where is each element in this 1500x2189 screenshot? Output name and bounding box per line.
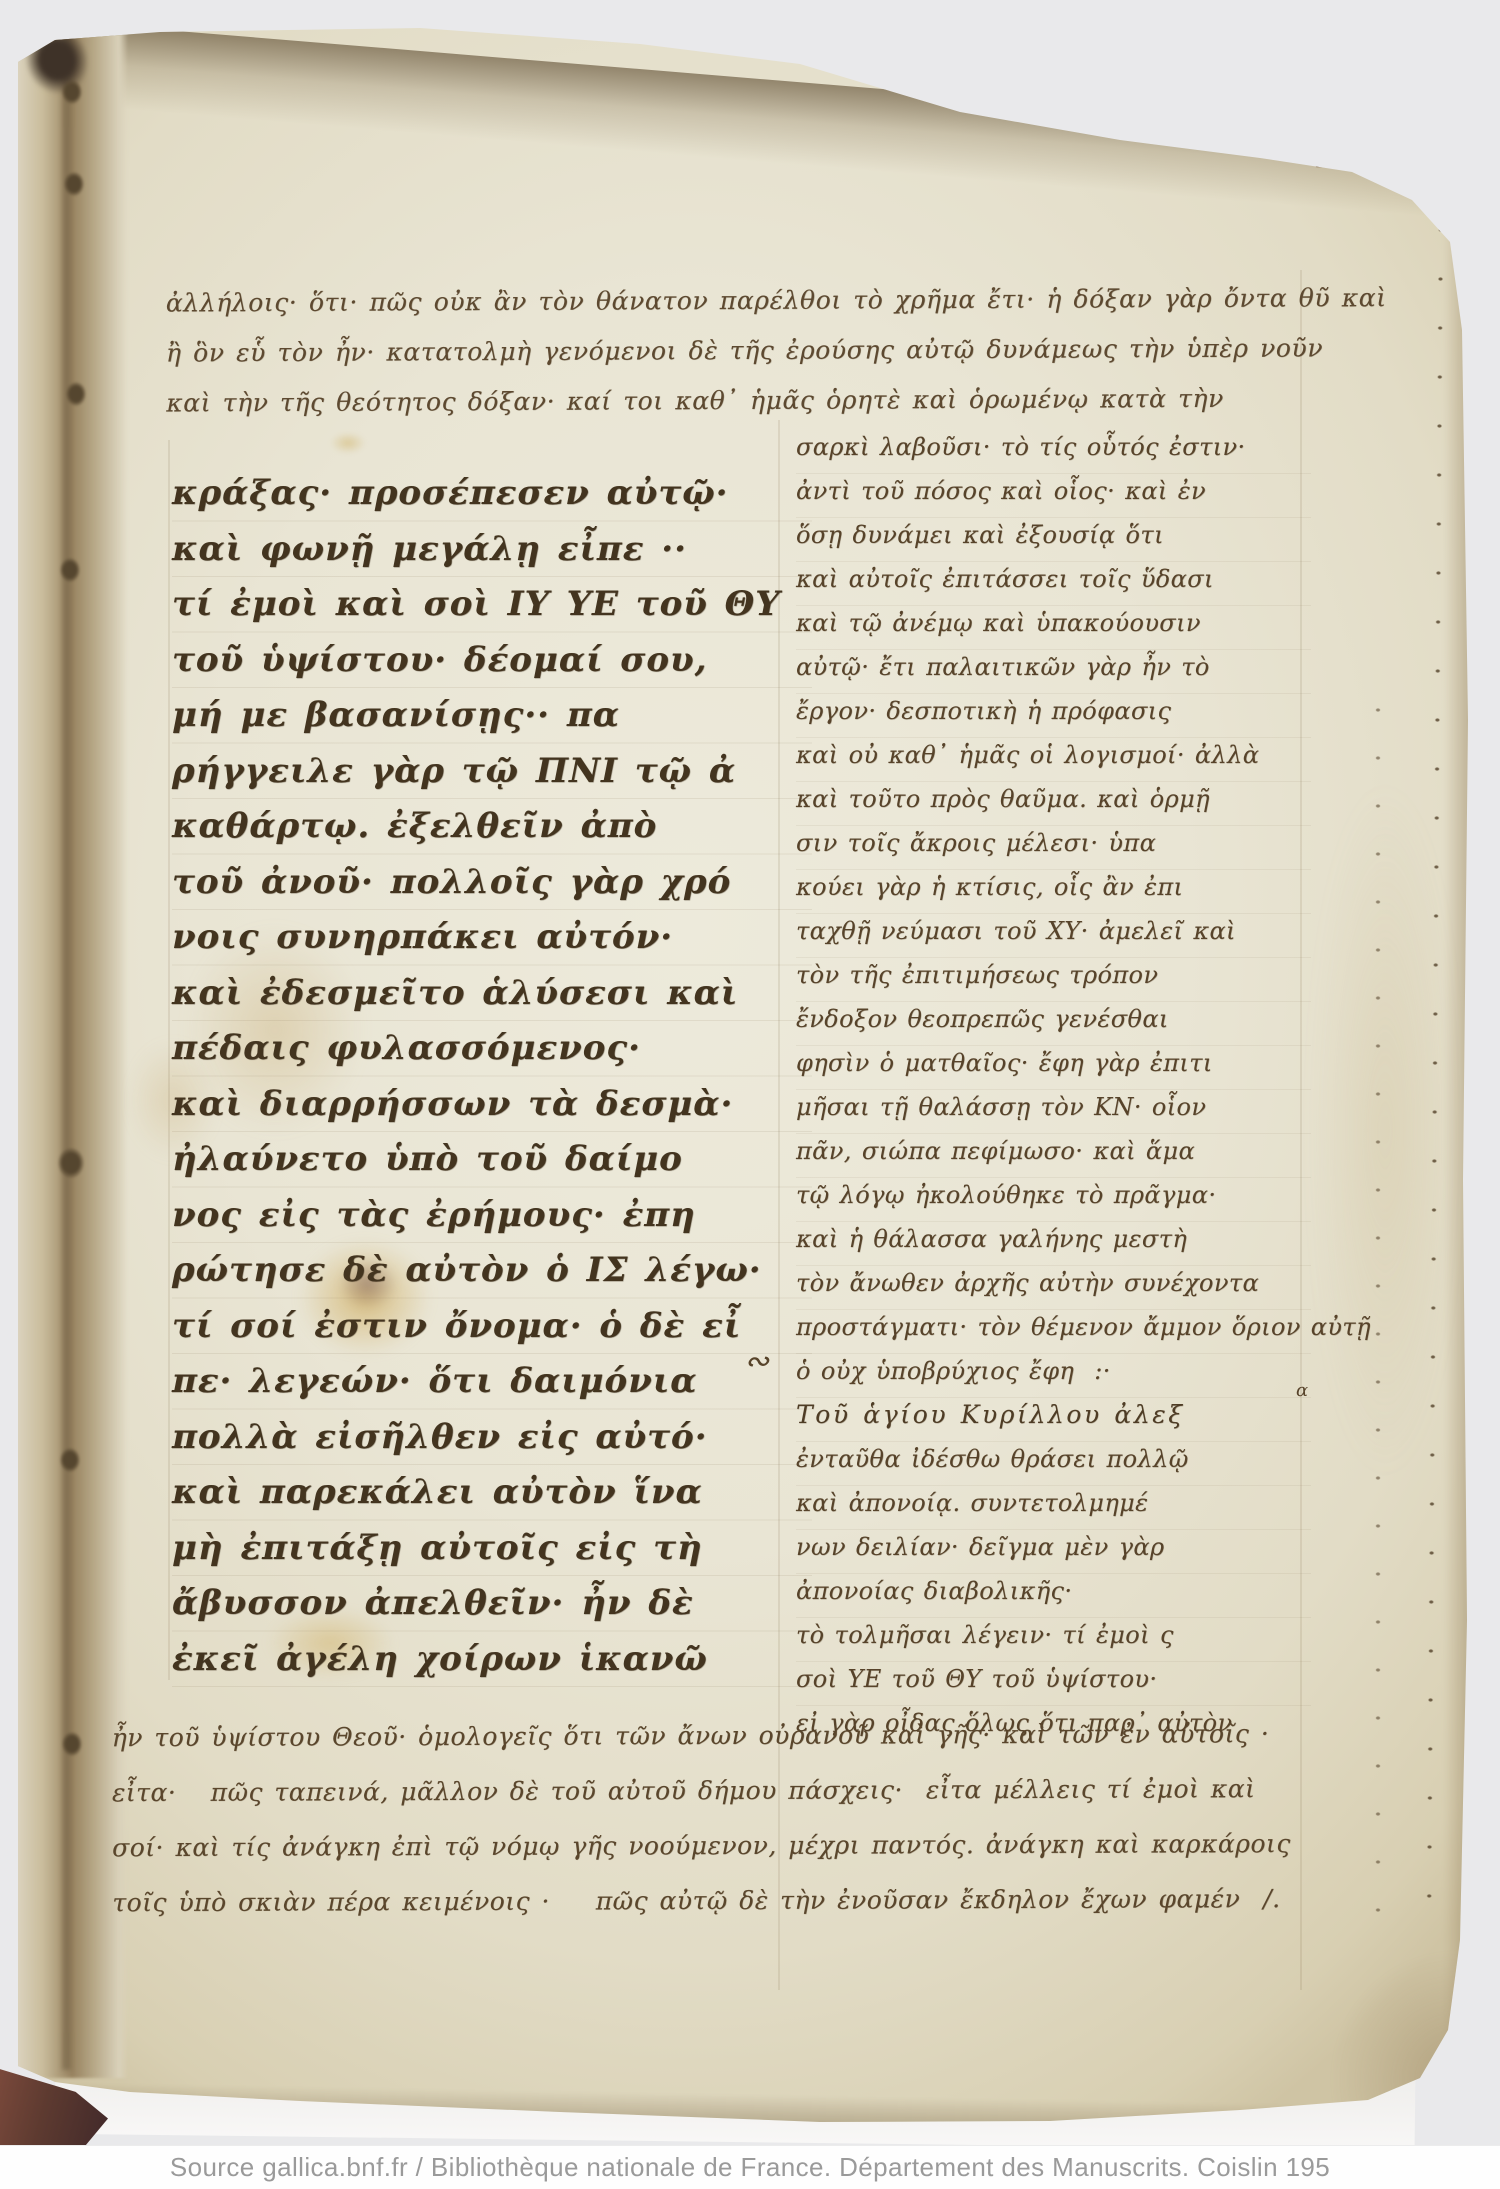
manuscript-scan-viewer: 277 ἀλλήλοις· ὅτι· πῶς οὐκ ἂν τὸν θάνατο…	[0, 0, 1500, 2189]
commentary-lines-after-rubric: ἐνταῦθα ἰδέσθω θράσει πολλῷκαὶ ἀπονοίᾳ. …	[796, 1437, 1311, 1745]
manuscript-text-line: τῷ λόγῳ ἠκολούθηκε τὸ πρᾶγμα·	[796, 1173, 1311, 1217]
source-caption: Source gallica.bnf.fr / Bibliothèque nat…	[170, 2152, 1330, 2183]
manuscript-text-line: τοῦ ὑψίστου· δέομαί σου,	[172, 633, 817, 689]
manuscript-text-line: σαρκὶ λαβοῦσι· τὸ τίς οὗτός ἐστιν·	[796, 425, 1311, 469]
manuscript-text-line: ἔνδοξον θεοπρεπῶς γενέσθαι	[796, 997, 1311, 1041]
author-rubric: Τοῦ ἁγίου Κυρίλλου ἀλεξ	[796, 1393, 1311, 1437]
sewing-nub	[60, 558, 80, 582]
manuscript-text-line: τὸ τολμῆσαι λέγειν· τί ἐμοὶ ς	[796, 1613, 1311, 1657]
source-caption-bar: Source gallica.bnf.fr / Bibliothèque nat…	[0, 2145, 1500, 2189]
manuscript-text-line: ἔργον· δεσποτικὴ ἡ πρόφασις	[796, 689, 1311, 733]
manuscript-text-line: καὶ τῷ ἀνέμῳ καὶ ὑπακούουσιν	[796, 601, 1311, 645]
manuscript-text-line: τί ἐμοὶ καὶ σοὶ ΙΥ ΥΕ τοῦ ΘΥ	[172, 577, 817, 633]
manuscript-text-line: φησὶν ὁ ματθαῖος· ἔφη γὰρ ἐπιτι	[796, 1041, 1311, 1085]
sewing-nub	[62, 80, 82, 104]
manuscript-text-line: σοὶ ΥΕ τοῦ ΘΥ τοῦ ὑψίστου·	[796, 1657, 1311, 1701]
manuscript-text-line: τί σοί ἐστιν ὄνομα· ὁ δὲ εἶ	[172, 1299, 817, 1355]
soiled-top-edge	[0, 14, 1500, 298]
manuscript-text-line: ἦν τοῦ ὑψίστου Θεοῦ· ὁμολογεῖς ὅτι τῶν ἄ…	[112, 1706, 1367, 1765]
manuscript-text-line: κούει γὰρ ἡ κτίσις, οἷς ἂν ἐπι	[796, 865, 1311, 909]
rubric-superscript: α	[1296, 1380, 1308, 1401]
sewing-nub	[62, 1732, 82, 1756]
manuscript-text-line: πέδαις φυλασσόμενος·	[172, 1021, 817, 1077]
manuscript-text-line: ἄβυσσον ἀπελθεῖν· ἦν δὲ	[172, 1576, 817, 1632]
manuscript-text-line: ὁ οὐχ ὑποβρύχιος ἔφη :·	[796, 1349, 1311, 1393]
manuscript-text-line: καθάρτῳ. ἐξελθεῖν ἀπὸ	[172, 799, 817, 855]
manuscript-text-line: ἠλαύνετο ὑπὸ τοῦ δαίμο	[172, 1132, 817, 1188]
manuscript-text-line: τὸν τῆς ἐπιτιμήσεως τρόπον	[796, 953, 1311, 997]
manuscript-text-line: ταχθῇ νεύμασι τοῦ ΧΥ· ἀμελεῖ καὶ	[796, 909, 1311, 953]
manuscript-text-line: μὴ ἐπιτάξῃ αὐτοῖς εἰς τὴ	[172, 1521, 817, 1577]
manuscript-text-line: προστάγματι· τὸν θέμενον ἄμμον ὅριον αὐτ…	[796, 1305, 1311, 1349]
manuscript-text-line: νοις συνηρπάκει αὐτόν·	[172, 910, 817, 966]
manuscript-text-line: μῆσαι τῇ θαλάσσῃ τὸν ΚΝ· οἷον	[796, 1085, 1311, 1129]
manuscript-text-line: ἐκεῖ ἀγέλη χοίρων ἱκανῶ	[172, 1632, 817, 1688]
manuscript-text-line: καὶ ἡ θάλασσα γαλήνης μεστὴ	[796, 1217, 1311, 1261]
manuscript-text-line: καὶ ἐδεσμεῖτο ἁλύσεσι καὶ	[172, 966, 817, 1022]
manuscript-text-line: ἀπονοίας διαβολικῆς·	[796, 1569, 1311, 1613]
manuscript-text-line: ἐνταῦθα ἰδέσθω θράσει πολλῷ	[796, 1437, 1311, 1481]
manuscript-text-line: νων δειλίαν· δεῖγμα μὲν γὰρ	[796, 1525, 1311, 1569]
manuscript-text-line: ἢ ὃν εὗ τὸν ἦν· κατατολμὴ γενόμενοι δὲ τ…	[166, 324, 1306, 379]
manuscript-text-line: κράξας· προσέπεσεν αὐτῷ·	[172, 466, 817, 522]
manuscript-text-line: καὶ διαρρήσσων τὰ δεσμὰ·	[172, 1077, 817, 1133]
manuscript-text-line: σοί· καὶ τίς ἀνάγκη ἐπὶ τῷ νόμῳ γῆς νοού…	[112, 1816, 1367, 1875]
bottom-text-block: ἦν τοῦ ὑψίστου Θεοῦ· ὁμολογεῖς ὅτι τῶν ἄ…	[112, 1706, 1368, 1930]
manuscript-text-line: τοῖς ὑπὸ σκιὰν πέρα κειμένοις · πῶς αὐτῷ…	[112, 1871, 1367, 1930]
commentary-lines-before-rubric: σαρκὶ λαβοῦσι· τὸ τίς οὗτός ἐστιν·ἀντὶ τ…	[796, 425, 1311, 1393]
manuscript-text-line: πᾶν, σιώπα πεφίμωσο· καὶ ἅμα	[796, 1129, 1311, 1173]
parchment-page: 277 ἀλλήλοις· ὅτι· πῶς οὐκ ἂν τὸν θάνατο…	[0, 0, 1500, 2189]
sewing-nub	[58, 1148, 84, 1178]
manuscript-text-line: τὸν ἄνωθεν ἀρχῆς αὐτὴν συνέχοντα	[796, 1261, 1311, 1305]
manuscript-text-line: αὐτῷ· ἔτι παλαιτικῶν γὰρ ἦν τὸ	[796, 645, 1311, 689]
manuscript-text-line: ρώτησε δὲ αὐτὸν ὁ ΙΣ λέγω·	[172, 1243, 817, 1299]
header-text-block: ἀλλήλοις· ὅτι· πῶς οὐκ ἂν τὸν θάνατον πα…	[166, 274, 1307, 429]
manuscript-text-line: καὶ φωνῇ μεγάλῃ εἶπε ··	[172, 522, 817, 578]
binding-crease	[62, 30, 71, 2070]
manuscript-text-line: ρήγγειλε γὰρ τῷ ΠΝΙ τῷ ἀ	[172, 744, 817, 800]
manuscript-text-line: καὶ ἀπονοίᾳ. συντετολμημέ	[796, 1481, 1311, 1525]
manuscript-text-line: ἀντὶ τοῦ πόσος καὶ οἷος· καὶ ἐν	[796, 469, 1311, 513]
manuscript-text-line: πολλὰ εἰσῆλθεν εἰς αὐτό·	[172, 1410, 817, 1466]
folio-number: 277	[1316, 136, 1400, 175]
pricking-dots-inner	[1374, 702, 1382, 1922]
sewing-nub	[64, 172, 84, 196]
foxing-stain	[330, 432, 366, 454]
manuscript-text-line: καὶ παρεκάλει αὐτὸν ἵνα	[172, 1465, 817, 1521]
ruling-line-vertical	[168, 440, 170, 1680]
manuscript-text-line: σιν τοῖς ἄκροις μέλεσι· ὑπα	[796, 821, 1311, 865]
sewing-nub	[60, 1448, 80, 1472]
manuscript-text-line: καὶ τὴν τῆς θεότητος δόξαν· καί τοι καθ᾽…	[166, 374, 1306, 429]
commentary-column: σαρκὶ λαβοῦσι· τὸ τίς οὗτός ἐστιν·ἀντὶ τ…	[796, 425, 1311, 1745]
manuscript-text-line: ὅσῃ δυνάμει καὶ ἐξουσίᾳ ὅτι	[796, 513, 1311, 557]
manuscript-text-line: καὶ οὐ καθ᾽ ἡμᾶς οἱ λογισμοί· ἀλλὰ	[796, 733, 1311, 777]
manuscript-text-line: τοῦ ἀνοῦ· πολλοῖς γὰρ χρό	[172, 855, 817, 911]
gospel-column: κράξας· προσέπεσεν αὐτῷ·καὶ φωνῇ μεγάλῃ …	[172, 466, 817, 1687]
marginal-mark: ∾	[744, 1344, 769, 1379]
manuscript-text-line: καὶ αὐτοῖς ἐπιτάσσει τοῖς ὕδασι	[796, 557, 1311, 601]
manuscript-text-line: νος εἰς τὰς ἐρήμους· ἐπη	[172, 1188, 817, 1244]
manuscript-text-line: πε· λεγεών· ὅτι δαιμόνια	[172, 1354, 817, 1410]
manuscript-text-line: ἀλλήλοις· ὅτι· πῶς οὐκ ἂν τὸν θάνατον πα…	[166, 274, 1306, 329]
sewing-nub	[66, 382, 86, 406]
manuscript-text-line: μή με βασανίσῃς·· πα	[172, 688, 817, 744]
manuscript-text-line: καὶ τοῦτο πρὸς θαῦμα. καὶ ὁρμῇ	[796, 777, 1311, 821]
manuscript-text-line: εἶτα· πῶς ταπεινά, μᾶλλον δὲ τοῦ αὐτοῦ δ…	[112, 1761, 1367, 1820]
